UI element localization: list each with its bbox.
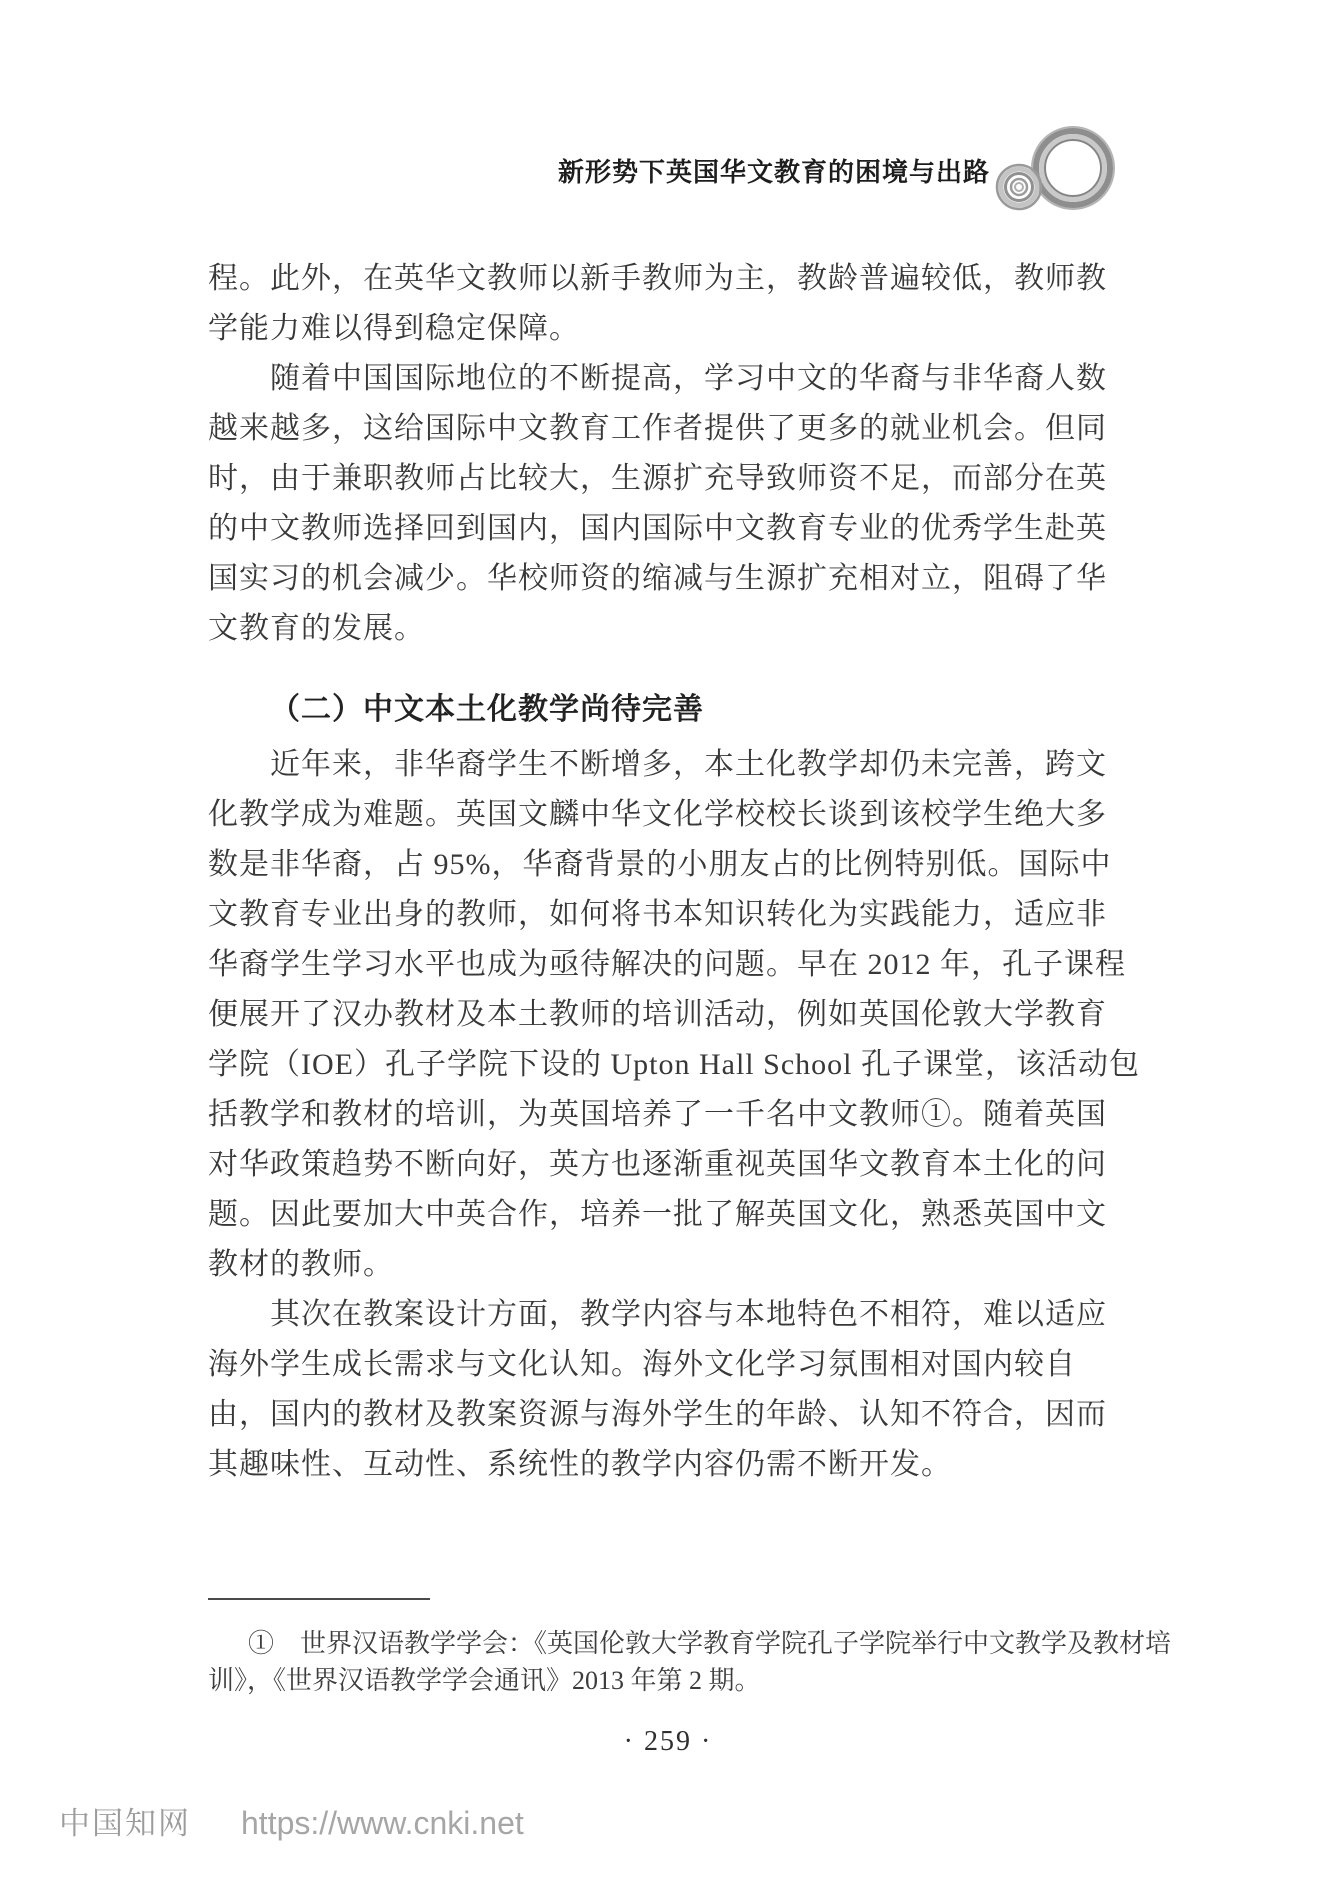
body-text-line: 近年来，非华裔学生不断增多，本土化教学却仍未完善，跨文 xyxy=(208,740,1105,790)
body-text-line: 由，国内的教材及教案资源与海外学生的年龄、认知不符合，因而 xyxy=(208,1390,1105,1440)
body-text-line: 数是非华裔，占 95%，华裔背景的小朋友占的比例特别低。国际中 xyxy=(208,840,1105,890)
body-text-line: 华裔学生学习水平也成为亟待解决的问题。早在 2012 年，孔子课程 xyxy=(208,940,1105,990)
overlapping-rings-logo xyxy=(985,115,1125,225)
paragraph: 随着中国国际地位的不断提高，学习中文的华裔与非华裔人数 越来越多，这给国际中文教… xyxy=(208,354,1105,654)
body-text-line: 国实习的机会减少。华校师资的缩减与生源扩充相对立，阻碍了华 xyxy=(208,554,1105,604)
footer: 中国知网 https://www.cnki.net xyxy=(59,1798,524,1843)
body-text-line: 的中文教师选择回到国内，国内国际中文教育专业的优秀学生赴英 xyxy=(208,504,1105,554)
section-heading: （二）中文本土化教学尚待完善 xyxy=(208,685,1105,735)
paragraph: 其次在教案设计方面，教学内容与本地特色不相符，难以适应 海外学生成长需求与文化认… xyxy=(208,1290,1105,1490)
footer-site-name: 中国知网 xyxy=(59,1798,191,1843)
page-number: · 259 · xyxy=(208,1726,1128,1758)
footer-site-url[interactable]: https://www.cnki.net xyxy=(241,1805,524,1842)
body-text-line: 文教育的发展。 xyxy=(208,604,1105,654)
paragraph: 程。此外，在英华文教师以新手教师为主，教龄普遍较低，教师教 学能力难以得到稳定保… xyxy=(208,254,1105,354)
page-body: 程。此外，在英华文教师以新手教师为主，教龄普遍较低，教师教 学能力难以得到稳定保… xyxy=(208,254,1105,1490)
paragraph: 近年来，非华裔学生不断增多，本土化教学却仍未完善，跨文 化教学成为难题。英国文麟… xyxy=(208,740,1105,1290)
footnote-line: 训》，《世界汉语教学学会通讯》2013 年第 2 期。 xyxy=(208,1662,1138,1699)
body-text-line: 化教学成为难题。英国文麟中华文化学校校长谈到该校学生绝大多 xyxy=(208,790,1105,840)
body-text-line: 其次在教案设计方面，教学内容与本地特色不相符，难以适应 xyxy=(208,1290,1105,1340)
body-text-line: 其趣味性、互动性、系统性的教学内容仍需不断开发。 xyxy=(208,1440,1105,1490)
body-text-line: 对华政策趋势不断向好，英方也逐渐重视英国华文教育本土化的问 xyxy=(208,1140,1105,1190)
body-text-line: 括教学和教材的培训，为英国培养了一千名中文教师①。随着英国 xyxy=(208,1090,1105,1140)
footnote-block: ① 世界汉语教学学会：《英国伦敦大学教育学院孔子学院举行中文教学及教材培 训》，… xyxy=(208,1598,1138,1699)
body-text-line: 海外学生成长需求与文化认知。海外文化学习氛围相对国内较自 xyxy=(208,1340,1105,1390)
body-text-line: 越来越多，这给国际中文教育工作者提供了更多的就业机会。但同 xyxy=(208,404,1105,454)
body-text-line: 便展开了汉办教材及本土教师的培训活动，例如英国伦敦大学教育 xyxy=(208,990,1105,1040)
body-text-line: 文教育专业出身的教师，如何将书本知识转化为实践能力，适应非 xyxy=(208,890,1105,940)
document-page: 新形势下英国华文教育的困境与出路 程。此外，在英华文教师以新手教师为主，教龄普遍… xyxy=(0,0,1338,1890)
body-text-line: 学能力难以得到稳定保障。 xyxy=(208,304,1105,354)
running-head-title: 新形势下英国华文教育的困境与出路 xyxy=(558,152,990,189)
footnote-divider xyxy=(208,1598,430,1600)
body-text-line: 学院（IOE）孔子学院下设的 Upton Hall School 孔子课堂，该活… xyxy=(208,1040,1105,1090)
footnote-line: ① 世界汉语教学学会：《英国伦敦大学教育学院孔子学院举行中文教学及教材培 xyxy=(208,1625,1138,1662)
body-text-line: 随着中国国际地位的不断提高，学习中文的华裔与非华裔人数 xyxy=(208,354,1105,404)
body-text-line: 程。此外，在英华文教师以新手教师为主，教龄普遍较低，教师教 xyxy=(208,254,1105,304)
body-text-line: 时，由于兼职教师占比较大，生源扩充导致师资不足，而部分在英 xyxy=(208,454,1105,504)
body-text-line: 题。因此要加大中英合作，培养一批了解英国文化，熟悉英国中文 xyxy=(208,1190,1105,1240)
body-text-line: 教材的教师。 xyxy=(208,1240,1105,1290)
